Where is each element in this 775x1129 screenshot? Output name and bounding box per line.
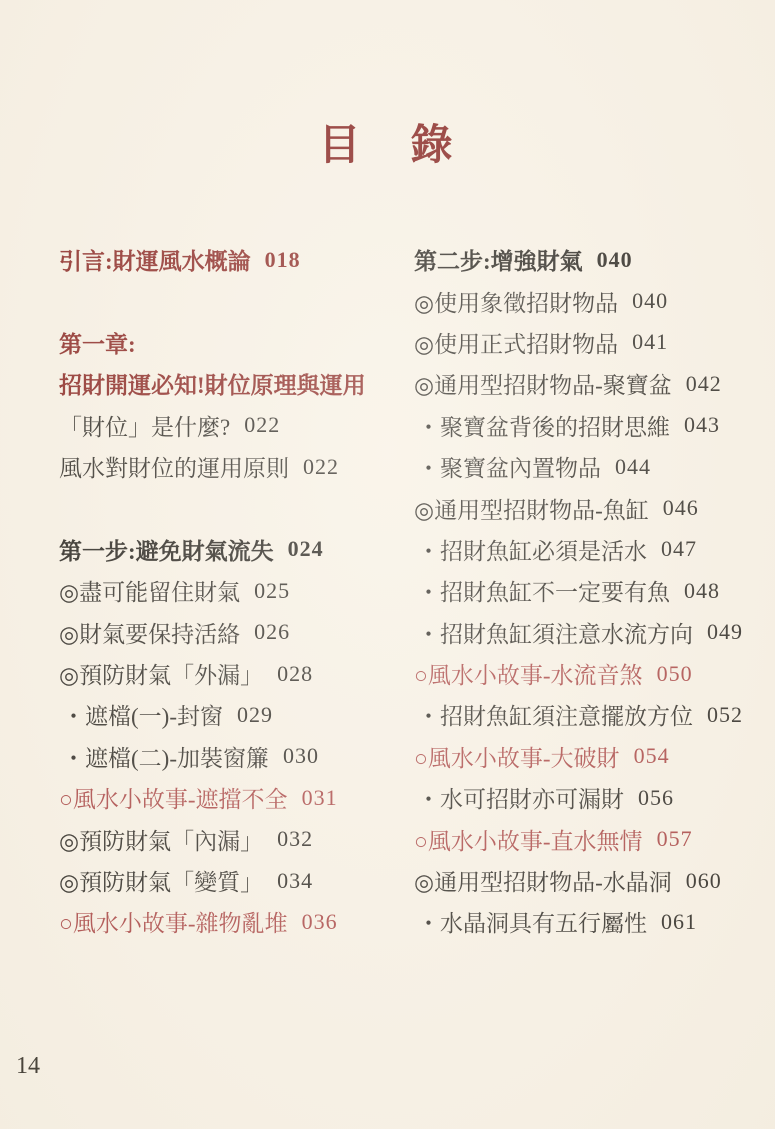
toc-entry-title: ◎預防財氣「外漏」 [59,657,263,690]
toc-entry-title: ◎預防財氣「內漏」 [59,823,263,856]
toc-entry-title: ・招財魚缸須注意水流方向 [417,616,693,649]
toc-entry: ◎通用型招財物品-聚寶盆 042 [414,363,769,404]
toc-entry-title: ◎使用正式招財物品 [414,326,618,359]
toc-entry-title: ・聚寶盆內置物品 [417,450,601,483]
toc-entry-page: 034 [277,868,313,894]
toc-entry-page: 018 [265,247,301,273]
toc-entry-title: ・聚寶盆背後的招財思維 [417,409,670,442]
toc-entry: ◎預防財氣「變質」 034 [59,860,409,901]
toc-entry: ・遮檔(一)-封窗 029 [59,694,409,735]
toc-entry-title: ・招財魚缸必須是活水 [417,533,647,566]
toc-entry: ○風水小故事-大破財 054 [414,736,769,777]
toc-entry-title: ○風水小故事-雜物亂堆 [59,905,288,938]
toc-entry-title: ◎使用象徵招財物品 [414,285,618,318]
toc-entry-page: 030 [283,743,319,769]
toc-entry-page: 046 [663,495,699,521]
toc-entry-page: 049 [707,619,743,645]
toc-entry-title: 第一步:避免財氣流失 [59,533,274,566]
toc-entry-page: 040 [632,288,668,314]
toc-entry-page: 047 [661,536,697,562]
toc-entry-page: 022 [244,412,280,438]
toc-entry-title: ◎盡可能留住財氣 [59,574,240,607]
toc-entry-title: ○風水小故事-直水無情 [414,823,643,856]
toc-entry-page: 050 [657,661,693,687]
toc-entry: ・招財魚缸須注意水流方向 049 [414,612,769,653]
toc-entry: ◎預防財氣「外漏」 028 [59,653,409,694]
toc-entry-page: 029 [237,702,273,728]
toc-entry: 風水對財位的運用原則 022 [59,446,409,487]
toc-entry-title: 風水對財位的運用原則 [59,450,289,483]
toc-entry-page: 031 [302,785,338,811]
toc-entry: ◎盡可能留住財氣 025 [59,570,409,611]
toc-entry-title: ◎預防財氣「變質」 [59,864,263,897]
toc-entry-title: ○風水小故事-水流音煞 [414,657,643,690]
toc-entry-title: 「財位」是什麼? [59,409,230,442]
toc-entry-page: 052 [707,702,743,728]
book-page: 目 錄 引言:財運風水概論 018 第一章: 招財開運必知!財位原理與運用 「財… [0,0,775,1129]
toc-entry-page: 025 [254,578,290,604]
toc-entry: ・聚寶盆內置物品 044 [414,446,769,487]
toc-entry-title: ・遮檔(二)-加裝窗簾 [62,740,269,773]
toc-entry-title: ・招財魚缸須注意擺放方位 [417,698,693,731]
toc-entry-page: 022 [303,454,339,480]
toc-entry: ・招財魚缸不一定要有魚 048 [414,570,769,611]
toc-entry: ・招財魚缸須注意擺放方位 052 [414,694,769,735]
toc-entry: ◎預防財氣「內漏」 032 [59,818,409,859]
toc-entry: ○風水小故事-雜物亂堆 036 [59,901,409,942]
toc-entry: ○風水小故事-遮擋不全 031 [59,777,409,818]
toc-entry: ◎通用型招財物品-水晶洞 060 [414,860,769,901]
toc-entry-page: 060 [686,868,722,894]
toc-entry-page: 043 [684,412,720,438]
toc-entry: ○風水小故事-水流音煞 050 [414,653,769,694]
toc-entry-page: 056 [638,785,674,811]
toc-entry-title: ・遮檔(一)-封窗 [62,698,223,731]
toc-title: 目 錄 [0,122,775,170]
toc-entry: 招財開運必知!財位原理與運用 [59,363,409,404]
toc-entry: ・水可招財亦可漏財 056 [414,777,769,818]
toc-entry-title: ○風水小故事-遮擋不全 [59,781,288,814]
toc-column-right: 第二步:增強財氣 040 ◎使用象徵招財物品 040 ◎使用正式招財物品 041… [414,239,769,943]
toc-entry-page: 040 [597,247,633,273]
toc-entry: ・聚寶盆背後的招財思維 043 [414,405,769,446]
toc-entry-page: 048 [684,578,720,604]
toc-entry: 第一章: [59,322,409,363]
toc-entry: 第二步:增強財氣 040 [414,239,769,280]
toc-entry-title: 第一章: [59,326,136,359]
toc-entry-title: ◎通用型招財物品-聚寶盆 [414,367,672,400]
toc-column-left: 引言:財運風水概論 018 第一章: 招財開運必知!財位原理與運用 「財位」是什… [59,239,409,943]
toc-entry: ・招財魚缸必須是活水 047 [414,529,769,570]
toc-entry: ◎財氣要保持活絡 026 [59,612,409,653]
toc-entry-page: 061 [661,909,697,935]
toc-entry-title: ◎通用型招財物品-水晶洞 [414,864,672,897]
toc-entry-page: 026 [254,619,290,645]
toc-entry: 引言:財運風水概論 018 [59,239,409,280]
toc-entry-title: ・水晶洞具有五行屬性 [417,905,647,938]
toc-entry: 「財位」是什麼? 022 [59,405,409,446]
toc-entry-page: 044 [615,454,651,480]
toc-entry-title: 第二步:增強財氣 [414,243,583,276]
toc-entry-title: 招財開運必知!財位原理與運用 [59,367,366,400]
toc-entry: ◎使用正式招財物品 041 [414,322,769,363]
toc-entry-page: 042 [686,371,722,397]
toc-entry: ・遮檔(二)-加裝窗簾 030 [59,736,409,777]
toc-entry-page: 041 [632,329,668,355]
toc-entry-page: 028 [277,661,313,687]
toc-entry: ◎使用象徵招財物品 040 [414,280,769,321]
toc-entry-page: 057 [657,826,693,852]
toc-entry-page: 024 [288,536,324,562]
toc-entry-title: ・水可招財亦可漏財 [417,781,624,814]
toc-entry-title: ○風水小故事-大破財 [414,740,620,773]
toc-entry-title: ◎財氣要保持活絡 [59,616,240,649]
toc-entry-page: 036 [302,909,338,935]
toc-entry-title: ◎通用型招財物品-魚缸 [414,492,649,525]
toc-entry: ◎通用型招財物品-魚缸 046 [414,487,769,528]
toc-entry: 第一步:避免財氣流失 024 [59,529,409,570]
toc-entry-title: 引言:財運風水概論 [59,243,251,276]
toc-entry-page: 032 [277,826,313,852]
toc-entry: ○風水小故事-直水無情 057 [414,818,769,859]
toc-entry-title: ・招財魚缸不一定要有魚 [417,574,670,607]
toc-entry-page: 054 [634,743,670,769]
page-number: 14 [16,1053,40,1080]
toc-entry: ・水晶洞具有五行屬性 061 [414,901,769,942]
